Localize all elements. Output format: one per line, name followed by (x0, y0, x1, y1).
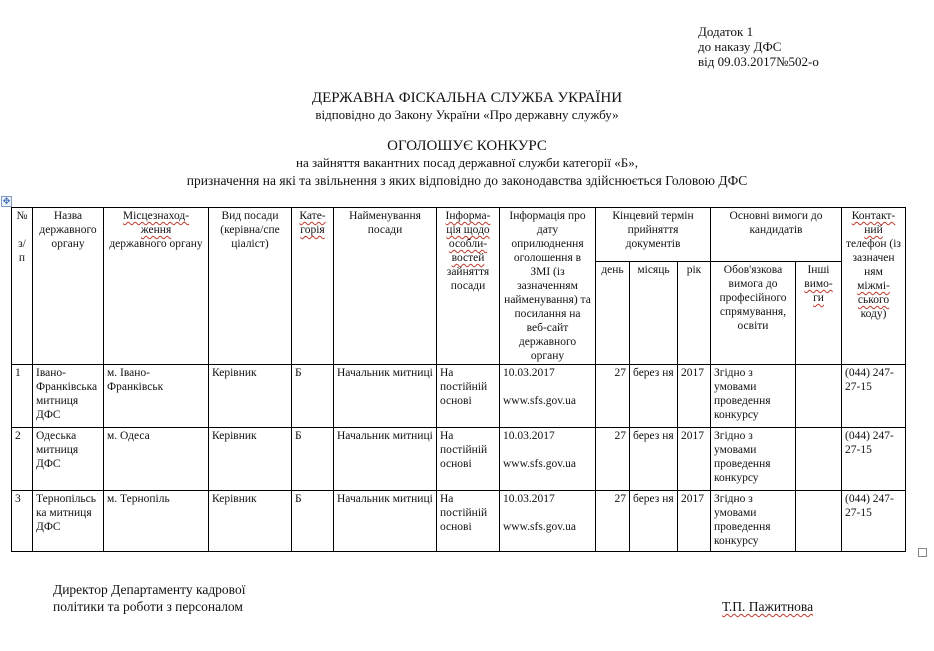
announcement-subtitle-2: призначення на які та звільнення з яких … (0, 172, 934, 189)
cell-other (796, 365, 842, 428)
col-num-header: №з/п (12, 208, 33, 365)
signatory-name: Т.П. Пажитнова (722, 598, 813, 615)
cell-location: м. Івано-Франківськ (104, 365, 209, 428)
vacancies-table: №з/п Назва державного органу Місцезнаход… (11, 207, 906, 552)
cell-category: Б (292, 491, 334, 552)
cell-position-name: Начальник митниці (334, 365, 437, 428)
cell-publication: 10.03.2017www.sfs.gov.ua (500, 491, 596, 552)
cell-day: 27 (596, 428, 630, 491)
table-row: 3 Тернопільсь ка митниця ДФС м. Тернопіл… (12, 491, 906, 552)
appendix-line-1: Додаток 1 (698, 24, 819, 39)
col-mandatory-header: Обов'язкова вимога до професійного спрям… (711, 262, 796, 365)
cell-phone: (044) 247-27-15 (842, 365, 906, 428)
cell-category: Б (292, 428, 334, 491)
cell-position-name: Начальник митниці (334, 491, 437, 552)
signatory-title-line-1: Директор Департаменту кадрової (53, 581, 245, 598)
cell-name: Тернопільсь ка митниця ДФС (33, 491, 104, 552)
cell-day: 27 (596, 365, 630, 428)
appendix-line-2: до наказу ДФС (698, 39, 819, 54)
cell-num: 2 (12, 428, 33, 491)
col-info-header: Інформа-ція щодоособли-востейзайняття по… (437, 208, 500, 365)
col-day-header: день (596, 262, 630, 365)
col-year-header: рік (678, 262, 711, 365)
cell-year: 2017 (678, 491, 711, 552)
cell-year: 2017 (678, 365, 711, 428)
cell-year: 2017 (678, 428, 711, 491)
col-position-name-header: Найменування посади (334, 208, 437, 365)
col-category-header: Кате-горія (292, 208, 334, 365)
cell-month: берез ня (630, 428, 678, 491)
cell-phone: (044) 247-27-15 (842, 428, 906, 491)
cell-location: м. Одеса (104, 428, 209, 491)
col-publication-header: Інформація про дату оприлюднення оголоше… (500, 208, 596, 365)
cell-name: Одеська митниця ДФС (33, 428, 104, 491)
cell-num: 1 (12, 365, 33, 428)
cell-publication: 10.03.2017www.sfs.gov.ua (500, 428, 596, 491)
col-position-type-header: Вид посади (керівна/спе ціаліст) (209, 208, 292, 365)
cell-mandatory: Згідно з умовами проведення конкурсу (711, 491, 796, 552)
col-other-header: Іншівимо-ги (796, 262, 842, 365)
col-name-header: Назва державного органу (33, 208, 104, 365)
cell-day: 27 (596, 491, 630, 552)
table-row: 2 Одеська митниця ДФС м. Одеса Керівник … (12, 428, 906, 491)
col-month-header: місяць (630, 262, 678, 365)
cell-info: На постійній основі (437, 365, 500, 428)
cell-info: На постійній основі (437, 428, 500, 491)
table-row: 1 Івано-Франківська митниця ДФС м. Івано… (12, 365, 906, 428)
cell-location: м. Тернопіль (104, 491, 209, 552)
cell-category: Б (292, 365, 334, 428)
law-reference: відповідно до Закону України «Про держав… (0, 107, 934, 123)
cell-other (796, 428, 842, 491)
signatory-title: Директор Департаменту кадрової політики … (53, 581, 245, 615)
cell-num: 3 (12, 491, 33, 552)
col-requirements-header: Основні вимоги до кандидатів (711, 208, 842, 262)
cell-mandatory: Згідно з умовами проведення конкурсу (711, 428, 796, 491)
org-title: ДЕРЖАВНА ФІСКАЛЬНА СЛУЖБА УКРАЇНИ (0, 89, 934, 107)
cell-other (796, 491, 842, 552)
cell-month: берез ня (630, 365, 678, 428)
move-handle-icon[interactable]: ✥ (1, 196, 12, 207)
cell-name: Івано-Франківська митниця ДФС (33, 365, 104, 428)
col-phone-header: Контакт-нийтелефон (із зазначен нямміжмі… (842, 208, 906, 365)
announcement-subtitle-1: на зайняття вакантних посад державної сл… (0, 155, 934, 171)
header-row-1: №з/п Назва державного органу Місцезнаход… (12, 208, 906, 262)
cell-month: берез ня (630, 491, 678, 552)
cell-position-name: Начальник митниці (334, 428, 437, 491)
cell-position-type: Керівник (209, 365, 292, 428)
signatory-title-line-2: політики та роботи з персоналом (53, 598, 245, 615)
col-location-header: Місцезнаход-женнядержавного органу (104, 208, 209, 365)
cell-phone: (044) 247-27-15 (842, 491, 906, 552)
cell-position-type: Керівник (209, 491, 292, 552)
cell-position-type: Керівник (209, 428, 292, 491)
announcement-title: ОГОЛОШУЄ КОНКУРС (0, 137, 934, 155)
col-deadline-header: Кінцевий термін прийняття документів (596, 208, 711, 262)
resize-handle-icon[interactable] (918, 548, 927, 557)
appendix-block: Додаток 1 до наказу ДФС від 09.03.2017№5… (698, 24, 819, 69)
cell-info: На постійній основі (437, 491, 500, 552)
appendix-line-3: від 09.03.2017№502-о (698, 54, 819, 69)
cell-mandatory: Згідно з умовами проведення конкурсу (711, 365, 796, 428)
cell-publication: 10.03.2017www.sfs.gov.ua (500, 365, 596, 428)
